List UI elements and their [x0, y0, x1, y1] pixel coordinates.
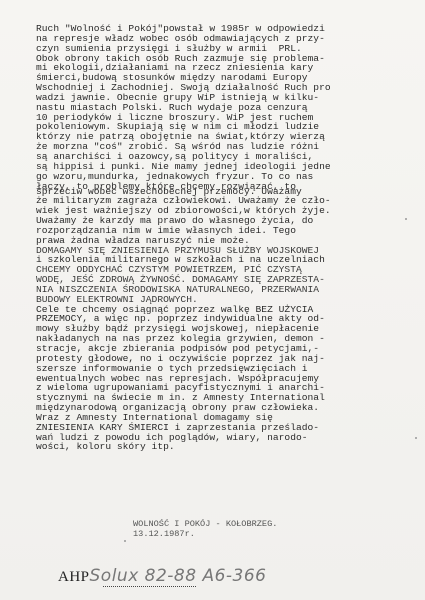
signature-organization: WOLNOŚĆ I POKÓJ - KOŁOBRZEG.: [133, 519, 277, 529]
scan-speck: [415, 437, 417, 439]
dotted-line: [103, 586, 196, 587]
archive-handwritten-number: Solux 82-88 A6-366: [90, 566, 267, 586]
text-line: wości, koloru skóry itp.: [36, 442, 416, 452]
scanned-document-page: Ruch "Wolność i Pokój"powstał w 1985r w …: [0, 0, 425, 600]
signature-date: 13.12.1987r.: [133, 529, 277, 539]
archive-prefix: AHP: [58, 569, 90, 586]
scan-speck: [405, 218, 407, 220]
scan-speck: [124, 540, 126, 542]
signature-block: WOLNOŚĆ I POKÓJ - KOŁOBRZEG. 13.12.1987r…: [133, 519, 277, 539]
archive-stamp: AHP Solux 82-88 A6-366: [58, 566, 267, 586]
document-body: Ruch "Wolność i Pokój"powstał w 1985r w …: [36, 24, 416, 452]
